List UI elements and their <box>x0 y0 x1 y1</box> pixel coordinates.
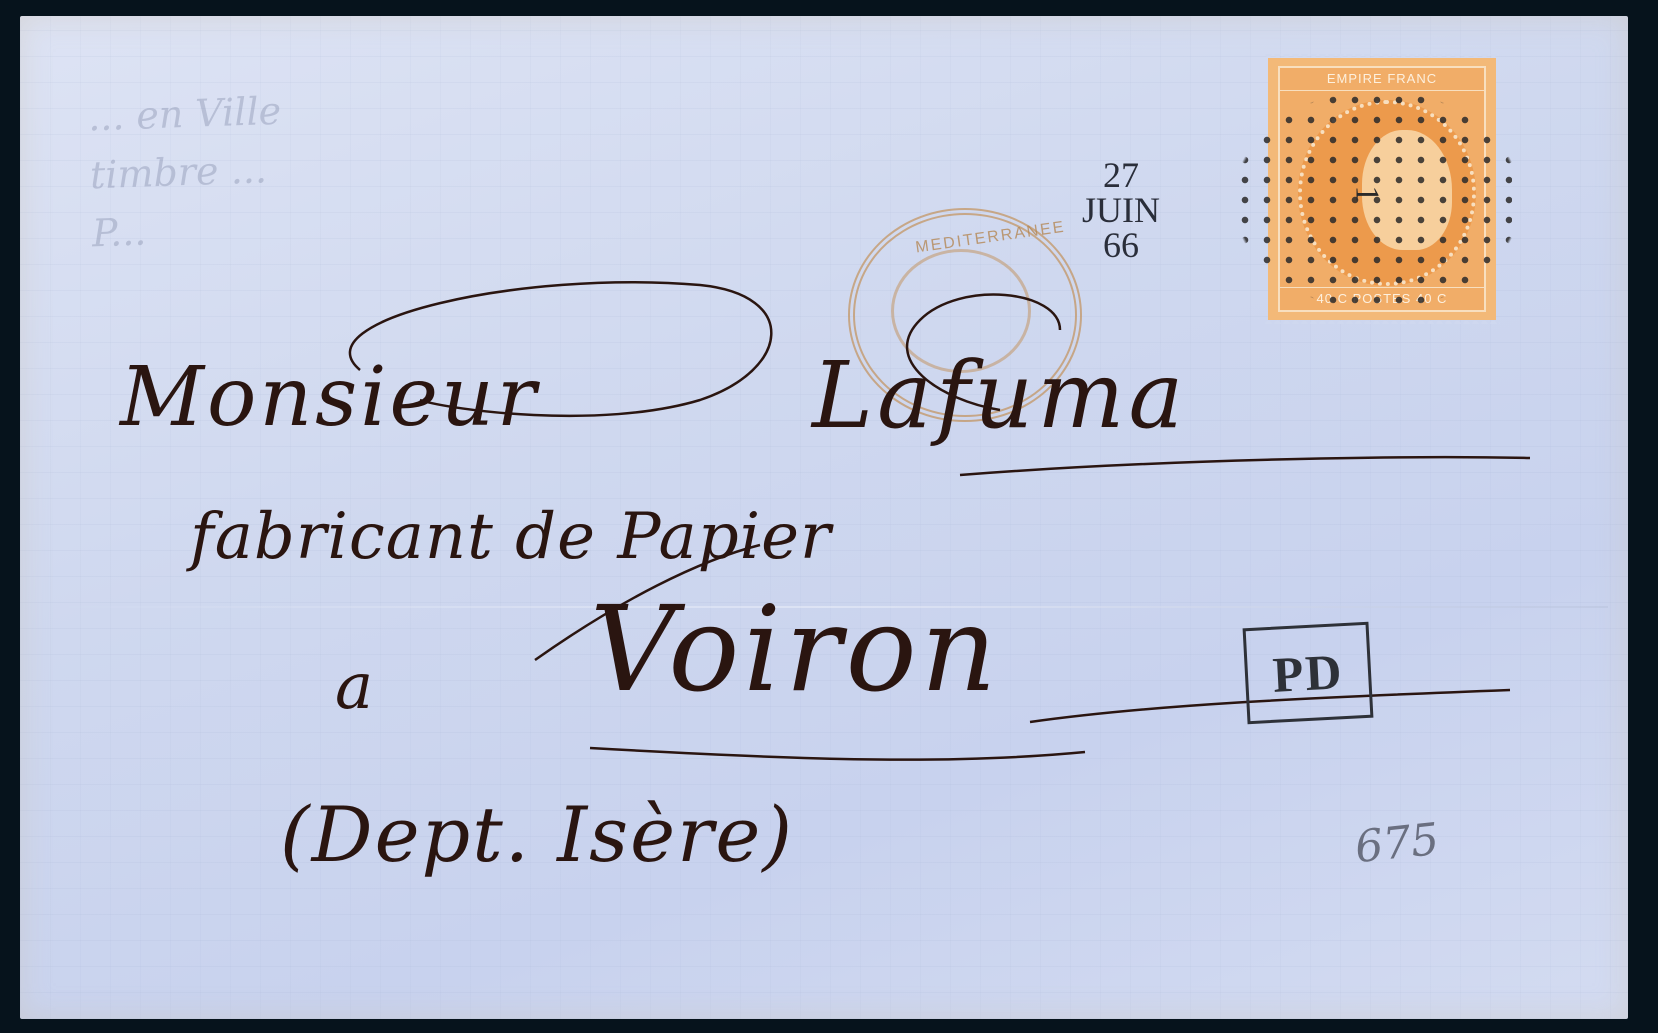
pd-paid-mark: PD <box>1243 622 1374 724</box>
stamp-top-label: EMPIRE FRANC <box>1280 68 1484 91</box>
pencil-price-note: 675 <box>1353 814 1442 873</box>
address-city: Voiron <box>590 580 1001 718</box>
faint-line: P... <box>91 198 286 263</box>
faint-pencil-notation: ... en Ville timbre ... P... <box>87 82 286 263</box>
address-occupation: fabricant de Papier <box>190 500 832 574</box>
cancel-number: 1 <box>1348 186 1386 203</box>
faint-line: timbre ... <box>89 140 284 205</box>
address-department: (Dept. Isère) <box>280 790 794 879</box>
address-name: Lafuma <box>812 342 1187 449</box>
date-stamp: 27 JUIN 66 <box>1066 158 1176 263</box>
date-year: 66 <box>1066 228 1176 263</box>
faint-line: ... en Ville <box>87 82 282 147</box>
address-salutation: Monsieur <box>120 350 539 445</box>
date-day: 27 <box>1066 158 1176 193</box>
address-preposition: a <box>335 650 373 724</box>
date-month: JUIN <box>1066 193 1176 228</box>
